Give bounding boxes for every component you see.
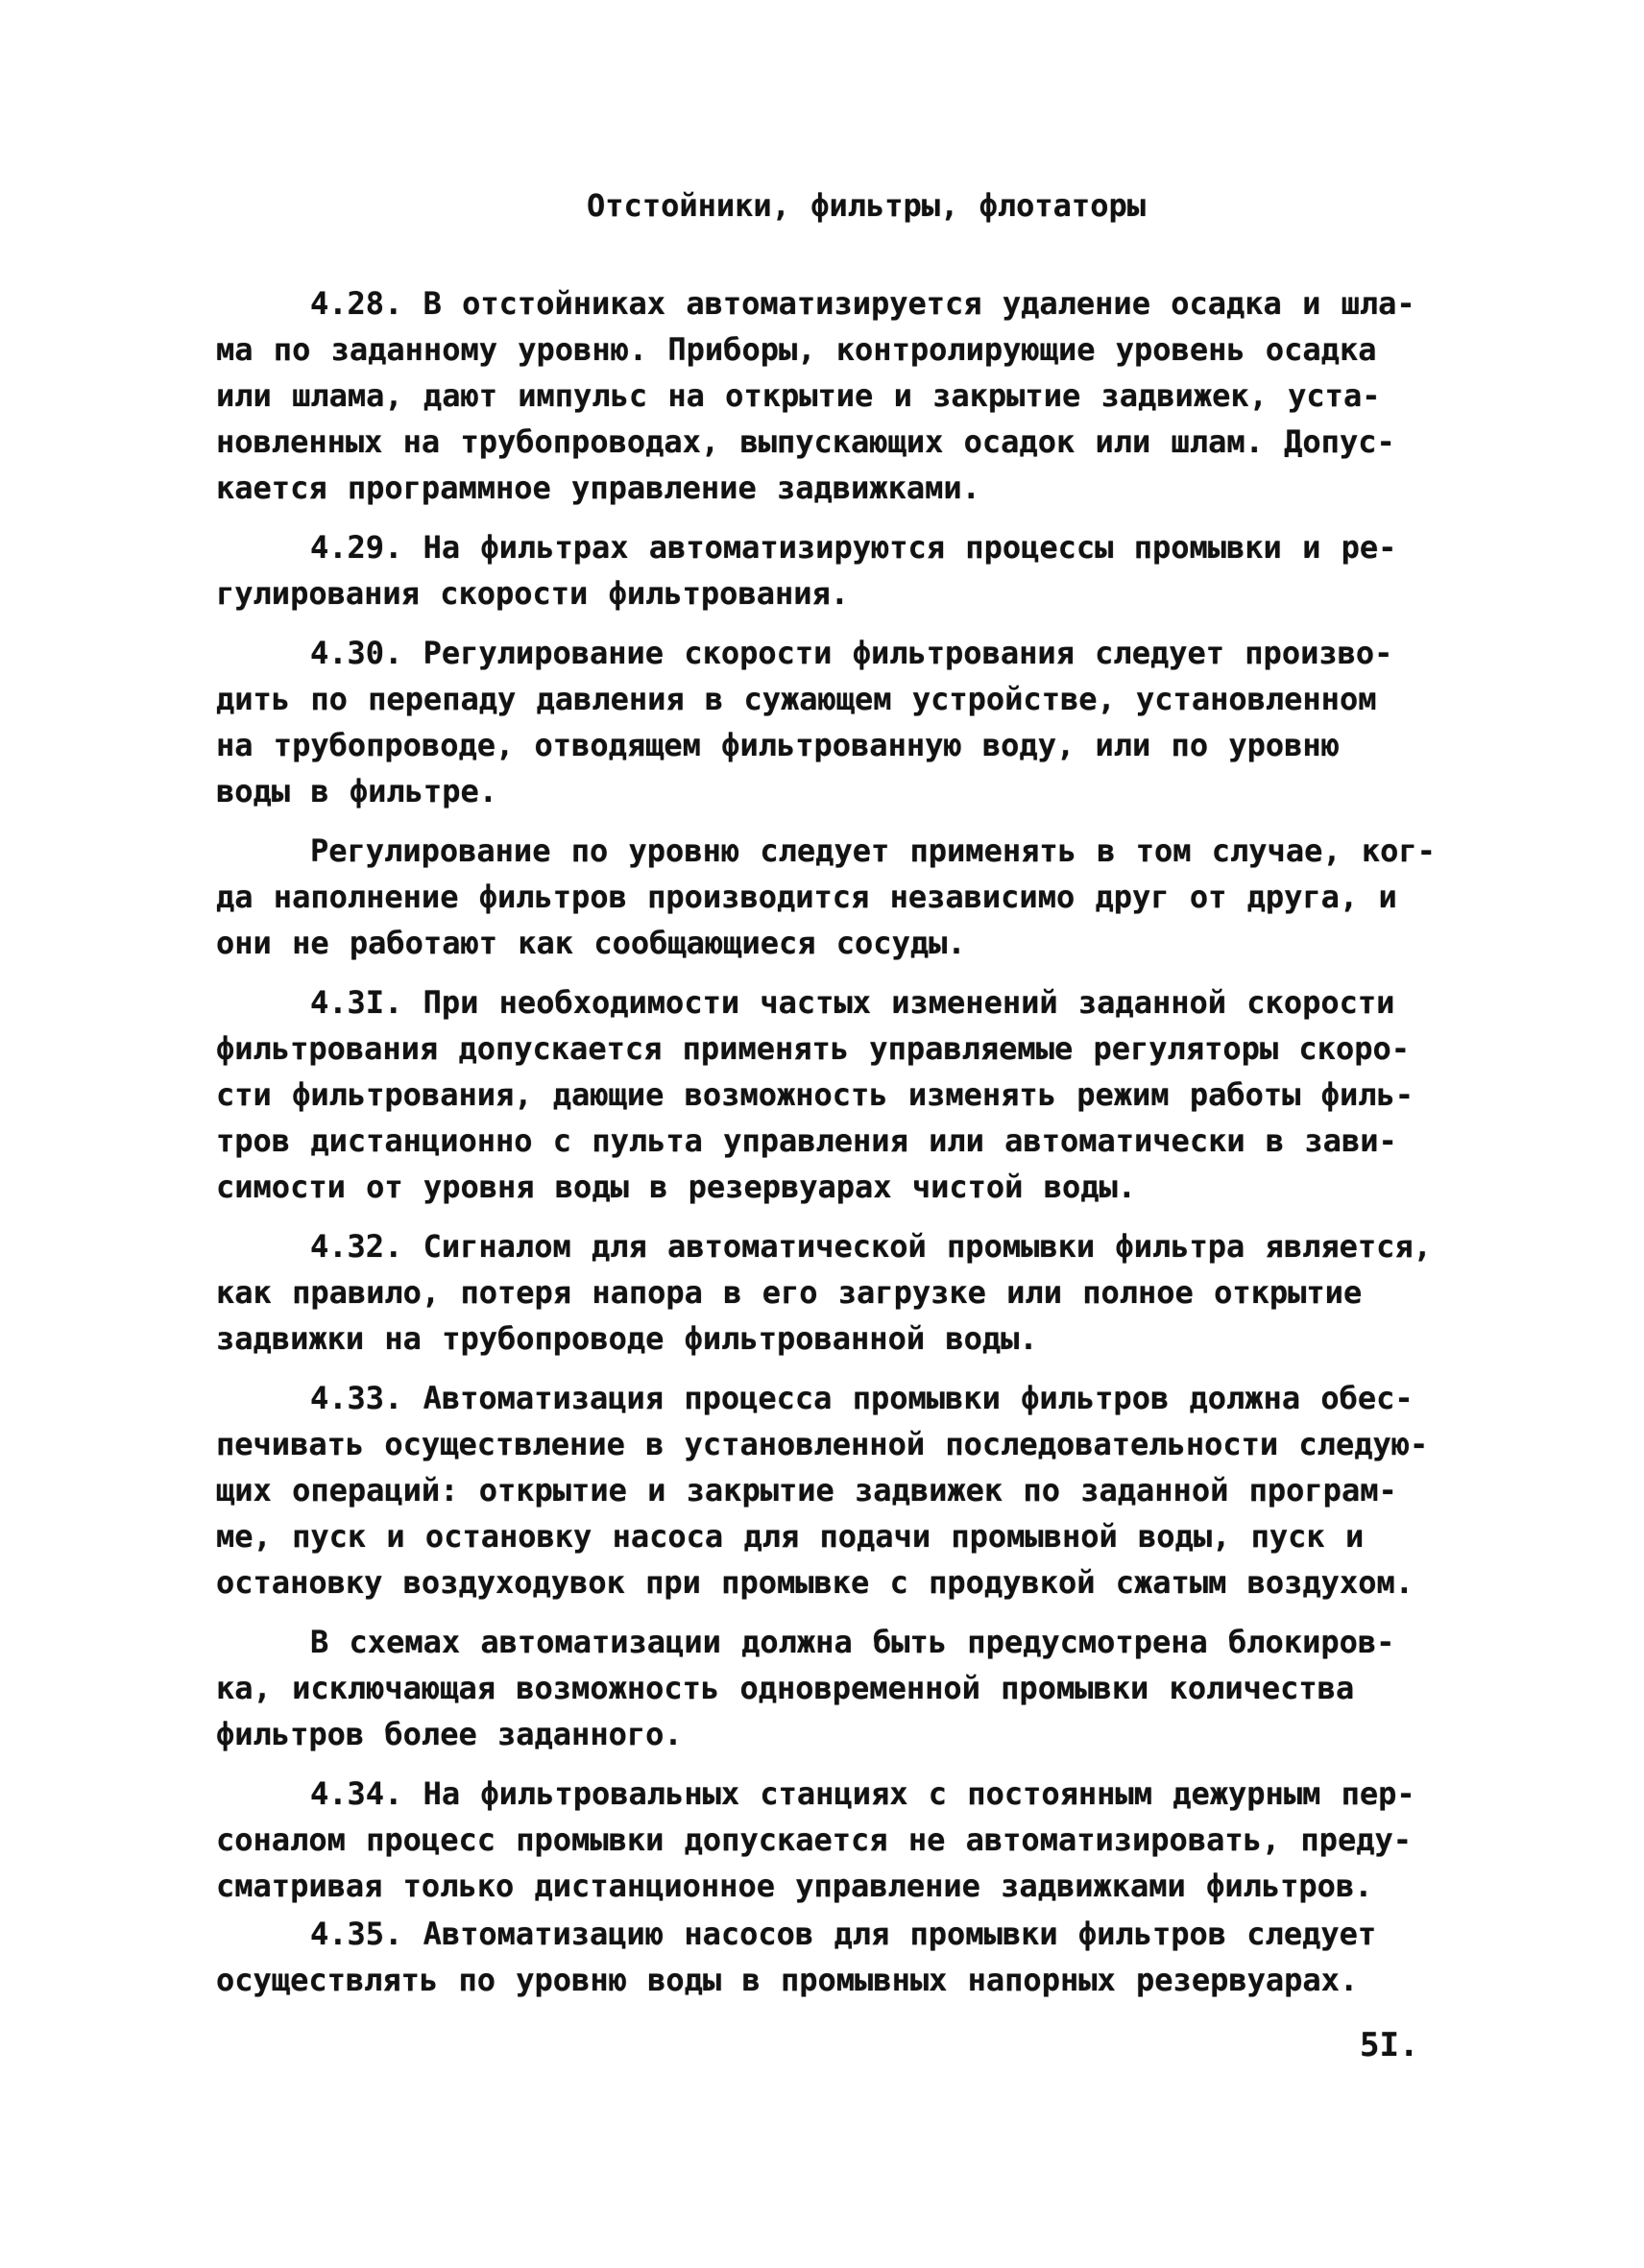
paragraph: 4.33. Автоматизация процесса промывки фи… [216,1375,1426,1605]
text-line: тров дистанционно с пульта управления ил… [216,1118,1426,1164]
document-body: 4.28. В отстойниках автоматизируется уда… [216,280,1426,2003]
paragraph: 4.29. На фильтрах автоматизируются проце… [216,524,1426,616]
section-heading: Отстойники, фильтры, флотаторы [216,182,1466,229]
text-line: соналом процесс промывки допускается не … [216,1817,1426,1863]
text-line: кается программное управление задвижками… [216,465,1426,511]
text-line: фильтрования допускается применять управ… [216,1025,1426,1072]
paragraph: 4.30. Регулирование скорости фильтровани… [216,630,1426,814]
paragraph: 4.34. На фильтровальных станциях с посто… [216,1771,1426,1909]
text-line: осуществлять по уровню воды в промывных … [216,1957,1426,2003]
text-line: ка, исключающая возможность одновременно… [216,1665,1426,1711]
text-line: 4.30. Регулирование скорости фильтровани… [216,630,1426,676]
text-line: гулирования скорости фильтрования. [216,570,1426,616]
paragraph: 4.3I. При необходимости частых изменений… [216,979,1426,1210]
text-line: или шлама, дают импульс на открытие и за… [216,373,1426,419]
text-line: В схемах автоматизации должна быть преду… [216,1619,1426,1665]
text-line: они не работают как сообщающиеся сосуды. [216,920,1426,966]
text-line: дить по перепаду давления в сужающем уст… [216,676,1426,722]
text-line: сматривая только дистанционное управлени… [216,1863,1426,1909]
text-line: фильтров более заданного. [216,1711,1426,1757]
text-line: остановку воздуходувок при промывке с пр… [216,1559,1426,1605]
text-line: 4.34. На фильтровальных станциях с посто… [216,1771,1426,1817]
text-line: 4.3I. При необходимости частых изменений… [216,979,1426,1025]
text-line: 4.28. В отстойниках автоматизируется уда… [216,280,1426,326]
text-line: сти фильтрования, дающие возможность изм… [216,1072,1426,1118]
text-line: на трубопроводе, отводящем фильтрованную… [216,722,1426,768]
text-line: новленных на трубопроводах, выпускающих … [216,419,1426,465]
text-line: ма по заданному уровню. Приборы, контрол… [216,326,1426,373]
document-page: Отстойники, фильтры, флотаторы 4.28. В о… [0,0,1644,2268]
text-line: Регулирование по уровню следует применят… [216,828,1426,874]
text-line: печивать осуществление в установленной п… [216,1421,1426,1467]
page-number: 5I. [1360,2022,1418,2068]
text-line: ме, пуск и остановку насоса для подачи п… [216,1513,1426,1559]
text-line: 4.35. Автоматизацию насосов для промывки… [216,1911,1426,1957]
text-line: задвижки на трубопроводе фильтрованной в… [216,1315,1426,1362]
text-line: 4.33. Автоматизация процесса промывки фи… [216,1375,1426,1421]
paragraph: 4.35. Автоматизацию насосов для промывки… [216,1911,1426,2003]
paragraph: В схемах автоматизации должна быть преду… [216,1619,1426,1757]
text-line: 4.29. На фильтрах автоматизируются проце… [216,524,1426,570]
text-line: воды в фильтре. [216,768,1426,814]
text-line: 4.32. Сигналом для автоматической промыв… [216,1223,1426,1269]
paragraph: 4.28. В отстойниках автоматизируется уда… [216,280,1426,511]
text-line: щих операций: открытие и закрытие задвиж… [216,1467,1426,1513]
text-line: симости от уровня воды в резервуарах чис… [216,1164,1426,1210]
paragraph: 4.32. Сигналом для автоматической промыв… [216,1223,1426,1362]
text-line: да наполнение фильтров производится неза… [216,874,1426,920]
paragraph: Регулирование по уровню следует применят… [216,828,1426,966]
text-line: как правило, потеря напора в его загрузк… [216,1269,1426,1315]
